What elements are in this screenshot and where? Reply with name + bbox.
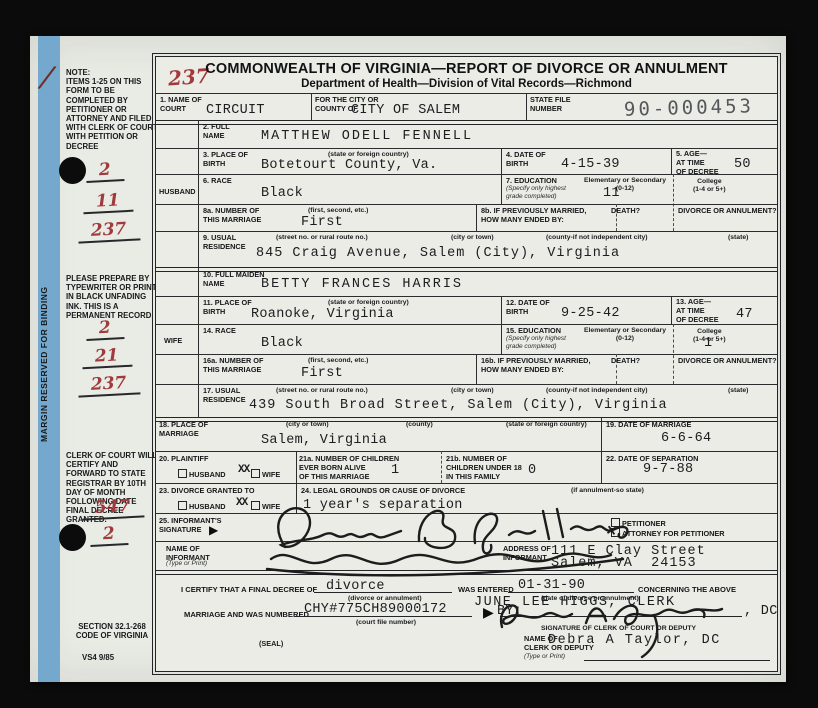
red-handwritten-number: 2 (86, 319, 125, 341)
court-name-label: 1. NAME OF COURT (160, 96, 202, 114)
granted-wife-checkbox: WIFE (251, 501, 280, 511)
grid-line (526, 93, 527, 121)
wife-birth-row: 11. PLACE OF BIRTH (state or foreign cou… (156, 296, 777, 325)
grid-line (476, 354, 477, 384)
margin-note: NOTE: ITEMS 1-25 ON THIS FORM TO BE COMP… (66, 68, 158, 151)
checkbox-label: ATTORNEY FOR PETITIONER (622, 529, 725, 538)
arrowhead-icon: ▶ (209, 524, 218, 536)
plaintiff-label: 20. PLAINTIFF (159, 455, 208, 464)
wife-age-value: 47 (736, 307, 753, 322)
attorney-checkbox: ATTORNEY FOR PETITIONER (611, 528, 725, 538)
informant-signature-row: 25. INFORMANT'S SIGNATURE ▶ PETITIONER A… (156, 513, 777, 542)
grid-line (671, 296, 672, 324)
court-file-number-hint: (court file number) (356, 619, 416, 627)
form-code: VS4 9/85 (82, 653, 142, 662)
scanned-document-viewer: MARGIN RESERVED FOR BINDING / NOTE: ITEM… (0, 0, 818, 708)
divorce-granted-label: 23. DIVORCE GRANTED TO (159, 487, 255, 496)
husband-name-row: 2. FULL NAME MATTHEW ODELL FENNELL (156, 121, 777, 148)
residence-street-hint: (street no. or rural route no.) (276, 387, 368, 395)
grid-line (476, 204, 477, 231)
legal-grounds-value: 1 year's separation (303, 498, 463, 513)
wife-race-label: 14. RACE (203, 327, 236, 336)
checkbox-label: WIFE (262, 502, 280, 511)
husband-education-elementary-value: 11 (603, 186, 620, 201)
form-subtitle: Department of Health—Division of Vital R… (156, 78, 777, 90)
date-of-marriage-value: 6-6-64 (661, 431, 711, 446)
wife-race-value: Black (261, 336, 303, 351)
wife-birthplace-label: 11. PLACE OF BIRTH (203, 299, 252, 317)
petitioner-checkbox: PETITIONER (611, 518, 666, 528)
red-handwritten-number: 2 (86, 161, 125, 183)
wife-residence-label: 17. USUAL RESIDENCE (203, 387, 246, 405)
divorce-annulment-column-label: DIVORCE OR ANNULMENT? (678, 357, 777, 366)
divorce-granted-row: 23. DIVORCE GRANTED TO HUSBAND XX WIFE 2… (156, 483, 777, 514)
numbered-text: MARRIAGE AND WAS NUMBERED (184, 610, 309, 619)
husband-dob-label: 4. DATE OF BIRTH (506, 151, 546, 169)
granted-wife-mark: XX (236, 497, 247, 509)
husband-age-label: 5. AGE— AT TIME OF DECREE (676, 150, 719, 176)
residence-city-hint: (city or town) (451, 234, 494, 242)
residence-street-hint: (street no. or rural route no.) (276, 234, 368, 242)
informant-address-label: ADDRESS OF INFORMANT (503, 545, 551, 563)
children-born-value: 1 (391, 463, 399, 478)
court-city-value: CITY OF SALEM (351, 103, 460, 118)
entered-text: WAS ENTERED (458, 585, 514, 594)
dashed-divider (616, 354, 617, 384)
red-handwritten-number: 237 (78, 220, 140, 243)
grid-line (671, 148, 672, 174)
red-handwritten-number: 547 (82, 497, 144, 520)
plaintiff-wife-mark: XX (238, 464, 249, 476)
husband-dob-value: 4-15-39 (561, 157, 620, 172)
husband-birth-row: 3. PLACE OF BIRTH (state or foreign coun… (156, 148, 777, 175)
deputy-suffix: , DC (744, 604, 778, 619)
dashed-divider (441, 451, 442, 483)
husband-name-label: 2. FULL NAME (203, 123, 230, 141)
residence-city-hint: (city or town) (451, 387, 494, 395)
husband-marriage-number-value: First (301, 215, 343, 230)
grid-line (311, 93, 312, 121)
marriage-number-hint: (first, second, etc.) (308, 207, 368, 215)
blank-line (508, 592, 634, 593)
left-margin-column: / NOTE: ITEMS 1-25 ON THIS FORM TO BE CO… (30, 36, 155, 682)
place-of-marriage-label: 18. PLACE OF MARRIAGE (159, 421, 208, 439)
children-under18-value: 0 (528, 463, 536, 478)
blank-line (584, 660, 770, 661)
checkbox-icon (251, 469, 260, 478)
clerk-name-value: Debra A Taylor, DC (548, 633, 721, 648)
arrowhead-icon: ▶ (483, 605, 494, 619)
court-name-value: CIRCUIT (206, 103, 265, 118)
blank-line (500, 616, 742, 617)
education-hint: (Specify only highest grade completed) (506, 335, 566, 351)
checkbox-icon (178, 469, 187, 478)
husband-residence-row: 9. USUAL RESIDENCE (street no. or rural … (156, 231, 777, 269)
pen-tick-mark: / (39, 59, 55, 95)
form-title: COMMONWEALTH OF VIRGINIA—REPORT OF DIVOR… (156, 61, 777, 77)
husband-previous-marriage-label: 8b. IF PREVIOUSLY MARRIED, HOW MANY ENDE… (481, 207, 586, 225)
informant-address-line2: Salem, VA 24153 (551, 556, 697, 571)
code-reference: SECTION 32.1-268 CODE OF VIRGINIA (66, 622, 158, 640)
education-college-label: College (1-4 or 5+) (693, 178, 726, 194)
husband-race-row: 6. RACE Black 7. EDUCATION (Specify only… (156, 174, 777, 205)
children-born-label: 21a. NUMBER OF CHILDREN EVER BORN ALIVE … (299, 455, 399, 481)
education-hint: (Specify only highest grade completed) (506, 185, 566, 201)
court-file-number-value: CHY#775CH89000172 (304, 602, 447, 617)
state-file-label: STATE FILE NUMBER (530, 96, 571, 114)
husband-name-value: MATTHEW ODELL FENNELL (261, 129, 473, 144)
type-or-print-hint: (Type or Print) (524, 653, 565, 661)
blank-line (294, 616, 472, 617)
wife-previous-marriage-label: 16b. IF PREVIOUSLY MARRIED, HOW MANY END… (481, 357, 590, 375)
wife-maiden-name-label: 10. FULL MAIDEN NAME (203, 271, 265, 289)
certification-block: I CERTIFY THAT A FINAL DECREE OF divorce… (156, 571, 777, 671)
informant-name-row: NAME OF INFORMANT (Type or Print) ADDRES… (156, 541, 777, 572)
checkbox-label: PETITIONER (622, 519, 666, 528)
divorce-annulment-column-label: DIVORCE OR ANNULMENT? (678, 207, 777, 216)
residence-state-hint: (state) (728, 234, 748, 242)
scanned-form-paper: MARGIN RESERVED FOR BINDING / NOTE: ITEM… (30, 36, 786, 682)
blank-line (314, 592, 452, 593)
wife-dob-value: 9-25-42 (561, 306, 620, 321)
children-under18-label: 21b. NUMBER OF CHILDREN UNDER 18 IN THIS… (446, 455, 522, 481)
divorce-report-form: 237 COMMONWEALTH OF VIRGINIA—REPORT OF D… (155, 56, 778, 672)
education-elementary-label: Elementary or Secondary (0-12) (584, 327, 666, 343)
education-elementary-label: Elementary or Secondary (0-12) (584, 177, 666, 193)
husband-race-value: Black (261, 186, 303, 201)
red-handwritten-number: 21 (82, 347, 133, 370)
date-of-marriage-label: 19. DATE OF MARRIAGE (606, 421, 691, 430)
annulment-hint: (if annulment-so state) (571, 487, 644, 495)
checkbox-icon (251, 501, 260, 510)
checkbox-icon (178, 501, 187, 510)
date-of-separation-value: 9-7-88 (643, 462, 693, 477)
residence-county-hint: (county-if not independent city) (546, 234, 648, 242)
wife-age-label: 13. AGE— AT TIME OF DECREE (676, 298, 719, 324)
type-or-print-hint: (Type or Print) (166, 560, 207, 568)
wife-dob-label: 12. DATE OF BIRTH (506, 299, 550, 317)
place-of-marriage-row: 18. PLACE OF MARRIAGE (city or town) (co… (156, 418, 777, 451)
marriage-county-hint: (county) (406, 421, 433, 429)
husband-age-value: 50 (734, 157, 751, 172)
concerning-text: CONCERNING THE ABOVE (638, 585, 736, 594)
birthplace-hint: (state or foreign country) (328, 299, 409, 307)
clerk-signature-caption: SIGNATURE OF CLERK OF COURT OR DEPUTY (541, 625, 696, 633)
wife-residence-row: 17. USUAL RESIDENCE (street no. or rural… (156, 384, 777, 419)
wife-name-row: 10. FULL MAIDEN NAME BETTY FRANCES HARRI… (156, 268, 777, 296)
wife-marriage-number-label: 16a. NUMBER OF THIS MARRIAGE (203, 357, 263, 375)
wife-marriage-number-row: 16a. NUMBER OF THIS MARRIAGE (first, sec… (156, 354, 777, 385)
dashed-divider (616, 204, 617, 231)
checkbox-label: HUSBAND (189, 502, 226, 511)
seal-label: (SEAL) (259, 640, 283, 649)
checkbox-label: WIFE (262, 470, 280, 479)
plaintiff-wife-checkbox: WIFE (251, 469, 280, 479)
granted-husband-checkbox: HUSBAND (178, 501, 226, 511)
legal-grounds-label: 24. LEGAL GROUNDS OR CAUSE OF DIVORCE (301, 487, 465, 496)
court-row: 1. NAME OF COURT CIRCUIT FOR THE CITY OR… (156, 93, 777, 122)
residence-county-hint: (county-if not independent city) (546, 387, 648, 395)
husband-race-label: 6. RACE (203, 177, 232, 186)
marriage-number-hint: (first, second, etc.) (308, 357, 368, 365)
husband-marriage-number-row: 8a. NUMBER OF THIS MARRIAGE (first, seco… (156, 204, 777, 232)
residence-state-hint: (state) (728, 387, 748, 395)
marriage-state-hint: (state or foreign country) (506, 421, 587, 429)
state-file-number-stamp: 90-000453 (624, 95, 754, 120)
wife-marriage-number-value: First (301, 366, 343, 381)
red-handwritten-number: 237 (78, 374, 140, 397)
red-handwritten-number: 2 (90, 525, 129, 547)
husband-birthplace-label: 3. PLACE OF BIRTH (203, 151, 248, 169)
wife-residence-value: 439 South Broad Street, Salem (City), Vi… (249, 398, 668, 413)
husband-residence-label: 9. USUAL RESIDENCE (203, 234, 246, 252)
wife-name-value: BETTY FRANCES HARRIS (261, 277, 463, 292)
certify-text: I CERTIFY THAT A FINAL DECREE OF (181, 585, 317, 594)
entered-date-value: 01-31-90 (518, 578, 585, 593)
checkbox-label: HUSBAND (189, 470, 226, 479)
plaintiff-husband-checkbox: HUSBAND (178, 469, 226, 479)
husband-birthplace-value: Botetourt County, Va. (261, 158, 437, 173)
margin-prepare-note: PLEASE PREPARE BY TYPEWRITER OR PRINT IN… (66, 274, 158, 320)
husband-residence-value: 845 Craig Avenue, Salem (City), Virginia (256, 246, 620, 261)
red-handwritten-number: 11 (83, 192, 134, 215)
wife-race-row: 14. RACE Black 15. EDUCATION (Specify on… (156, 324, 777, 355)
wife-education-college-value: 1 (704, 336, 712, 351)
wife-birthplace-value: Roanoke, Virginia (251, 307, 394, 322)
marriage-city-hint: (city or town) (286, 421, 329, 429)
place-of-marriage-value: Salem, Virginia (261, 433, 387, 448)
plaintiff-row: 20. PLAINTIFF HUSBAND XX WIFE 21a. NUMBE… (156, 451, 777, 484)
husband-marriage-number-label: 8a. NUMBER OF THIS MARRIAGE (203, 207, 261, 225)
